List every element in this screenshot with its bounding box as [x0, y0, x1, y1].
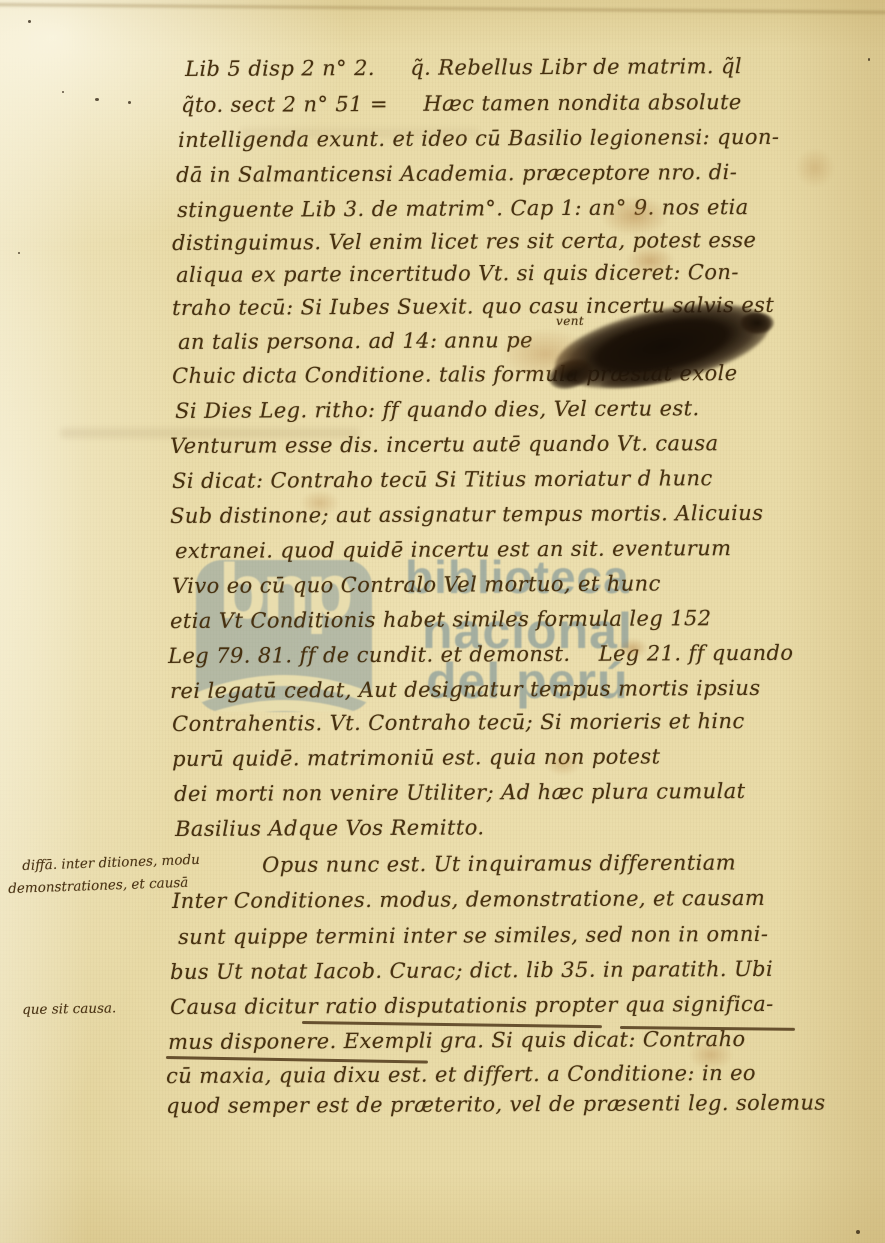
- manuscript-line: Leg 79. 81. ff de cundit. et demonst. Le…: [168, 641, 793, 668]
- manuscript-line: dā in Salmanticensi Academia. præceptore…: [176, 160, 737, 187]
- manuscript-line: Opus nunc est. Ut inquiramus differentia…: [262, 851, 736, 877]
- manuscript-line: Causa dicitur ratio disputationis propte…: [170, 992, 774, 1019]
- manuscript-line: Basilius Adque Vos Remitto.: [175, 815, 484, 841]
- manuscript-line: etia Vt Conditionis habet similes formul…: [170, 606, 712, 633]
- foxing-stain: [545, 752, 581, 776]
- manuscript-line: mus disponere. Exempli gra. Si quis dica…: [168, 1027, 746, 1054]
- manuscript-line: Si dicat: Contraho tecū Si Titius moriat…: [172, 466, 713, 493]
- manuscript-line: Lib 5 disp 2 n° 2. q̃. Rebellus Libr de …: [185, 54, 742, 81]
- paper-speck: [95, 98, 99, 101]
- underline-stroke: [302, 1021, 602, 1028]
- manuscript-line: cū maxia, quia dixu est. et differt. a C…: [166, 1061, 756, 1088]
- foxing-stain: [688, 1040, 734, 1070]
- paper-speck: [868, 58, 870, 61]
- manuscript-line: rei legatū cedat, Aut designatur tempus …: [170, 676, 761, 703]
- ink-blot-satellite: [740, 312, 774, 334]
- margin-note-3: que sit causa.: [22, 1000, 116, 1018]
- manuscript-line: sunt quippe termini inter se similes, se…: [178, 922, 768, 949]
- foxing-stain: [498, 328, 593, 380]
- paper-speck: [128, 101, 131, 104]
- paper-speck: [856, 1230, 860, 1234]
- manuscript-line: Si Dies Leg. ritho: ff quando dies, Vel …: [175, 396, 700, 423]
- manuscript-line: Sub distinone; aut assignatur tempus mor…: [170, 501, 763, 528]
- manuscript-line: bus Ut notat Iacob. Curac; dict. lib 35.…: [170, 957, 773, 984]
- margin-note-1: diffā. inter ditiones, modu: [22, 852, 200, 874]
- underline-stroke: [166, 1056, 428, 1063]
- manuscript-line: Inter Conditiones. modus, demonstratione…: [172, 886, 765, 913]
- manuscript-line: quod semper est de præterito, vel de præ…: [166, 1091, 826, 1118]
- manuscript-line: extranei. quod quidē incertu est an sit.…: [175, 536, 731, 563]
- manuscript-line: q̃to. sect 2 n° 51 = Hæc tamen nondita a…: [181, 90, 742, 117]
- paper-speck: [62, 91, 64, 93]
- manuscript-line: Vivo eo cū quo Contralo Vel mortuo, et h…: [172, 571, 661, 598]
- manuscript-line: vent: [556, 314, 584, 328]
- foxing-stain: [300, 490, 340, 516]
- foxing-stain: [625, 246, 675, 276]
- margin-note-2: demonstrationes, et causā: [8, 875, 189, 897]
- foxing-stain: [618, 638, 648, 658]
- foxing-stain: [795, 148, 835, 188]
- scanned-manuscript-page: bnp biblioteca nacional del perú Lib 5 d…: [0, 0, 885, 1243]
- manuscript-line: dei morti non venire Utiliter; Ad hæc pl…: [174, 779, 745, 806]
- foxing-stain: [600, 196, 670, 236]
- paper-crease: [0, 3, 885, 14]
- manuscript-line: Contrahentis. Vt. Contraho tecū; Si mori…: [172, 709, 745, 736]
- manuscript-line: intelligenda exunt. et ideo cū Basilio l…: [178, 125, 779, 152]
- manuscript-line: Venturum esse dis. incertu autē quando V…: [170, 431, 719, 458]
- paper-speck: [18, 252, 20, 254]
- paper-speck: [28, 20, 31, 23]
- manuscript-line: purū quidē. matrimoniū est. quia non pot…: [172, 744, 660, 771]
